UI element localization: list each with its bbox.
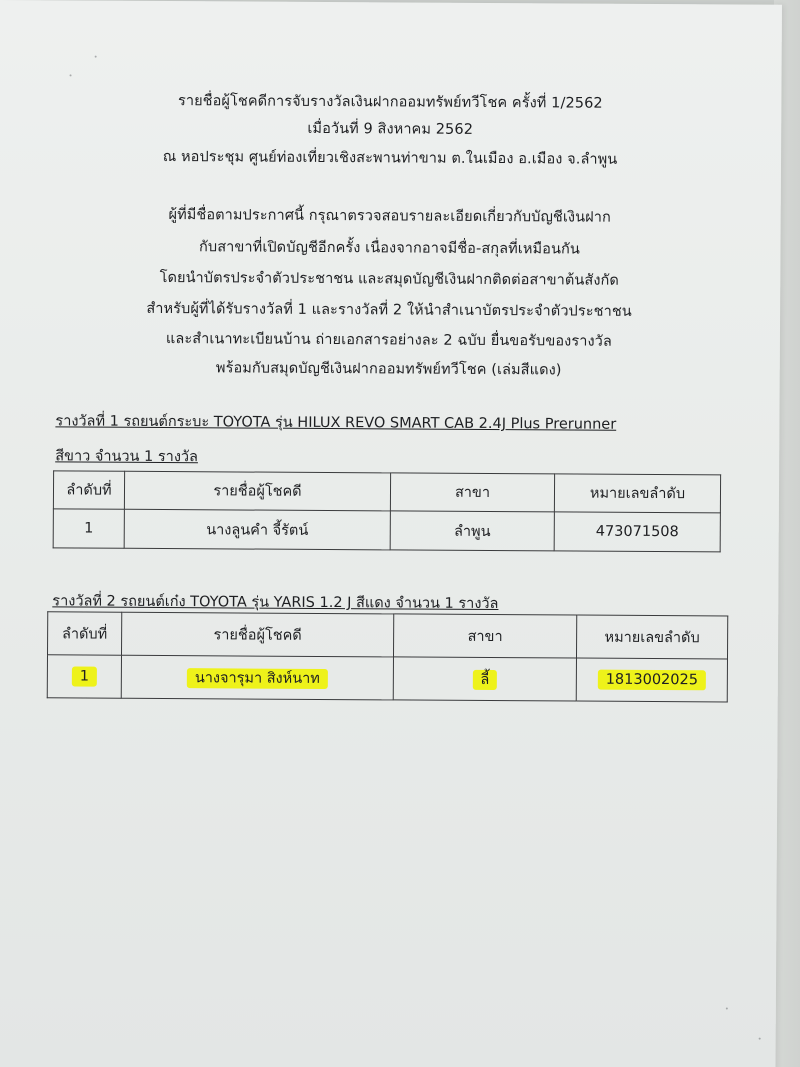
paper-speck [759, 1038, 761, 1040]
paper-speck [726, 1007, 728, 1009]
paper-speck [95, 56, 97, 58]
column-header-order: ลำดับที่ [53, 471, 124, 509]
notice-line: ผู้ที่มีชื่อตามประกาศนี้ กรุณาตรวจสอบราย… [0, 202, 781, 230]
paper-document: รายชื่อผู้โชคดีการจับรางวัลเงินฝากออมทรั… [0, 0, 782, 1067]
document-location: ณ หอประชุม ศูนย์ท่องเที่ยวเชิงสะพานท่าขา… [0, 144, 781, 172]
cell-branch: ลำพูน [390, 511, 554, 551]
document-date: เมื่อวันที่ 9 สิงหาคม 2562 [0, 115, 781, 143]
column-header-branch: สาขา [390, 473, 554, 512]
paper-speck [70, 74, 72, 76]
prize-1-table: ลำดับที่ รายชื่อผู้โชคดี สาขา หมายเลขลำด… [53, 470, 721, 552]
notice-line: สำหรับผู้ที่ได้รับรางวัลที่ 1 และรางวัลท… [0, 296, 780, 324]
column-header-number: หมายเลขลำดับ [554, 474, 720, 513]
cell-order-highlighted: 1 [72, 666, 97, 686]
cell-winner-name-highlighted: นางจารุมา สิงห์นาท [187, 668, 328, 689]
prize-1-subheading: สีขาว จำนวน 1 รางวัล [55, 444, 198, 468]
prize-2-table: ลำดับที่ รายชื่อผู้โชคดี สาขา หมายเลขลำด… [47, 611, 729, 702]
table-header-row: ลำดับที่ รายชื่อผู้โชคดี สาขา หมายเลขลำด… [53, 471, 720, 513]
column-header-number: หมายเลขลำดับ [576, 615, 727, 659]
notice-line: พร้อมกับสมุดบัญชีเงินฝากออมทรัพย์ทวีโชค … [0, 355, 780, 383]
column-header-name: รายชื่อผู้โชคดี [121, 612, 393, 657]
notice-line: กับสาขาที่เปิดบัญชีอีกครั้ง เนื่องจากอาจ… [0, 234, 781, 262]
cell-winner-name: นางลูนคำ จี้รัตน์ [124, 509, 390, 550]
column-header-branch: สาขา [393, 614, 576, 658]
cell-sequence-number-highlighted: 1813002025 [598, 670, 706, 691]
column-header-name: รายชื่อผู้โชคดี [124, 471, 390, 511]
table-row: 1 นางจารุมา สิงห์นาท ลี้ 1813002025 [47, 655, 727, 702]
prize-1-heading: รางวัลที่ 1 รถยนต์กระบะ TOYOTA รุ่น HILU… [55, 409, 616, 435]
column-header-order: ลำดับที่ [48, 612, 122, 655]
cell-sequence-number: 473071508 [554, 512, 720, 552]
cell-branch-highlighted: ลี้ [472, 669, 497, 689]
notice-line: โดยนำบัตรประจำตัวประชาชน และสมุดบัญชีเงิ… [0, 265, 780, 293]
notice-line: และสำเนาทะเบียนบ้าน ถ่ายเอกสารอย่างละ 2 … [0, 326, 780, 354]
cell-order: 1 [53, 509, 124, 548]
document-title: รายชื่อผู้โชคดีการจับรางวัลเงินฝากออมทรั… [0, 88, 781, 116]
table-header-row: ลำดับที่ รายชื่อผู้โชคดี สาขา หมายเลขลำด… [48, 612, 728, 659]
table-row: 1 นางลูนคำ จี้รัตน์ ลำพูน 473071508 [53, 509, 720, 552]
